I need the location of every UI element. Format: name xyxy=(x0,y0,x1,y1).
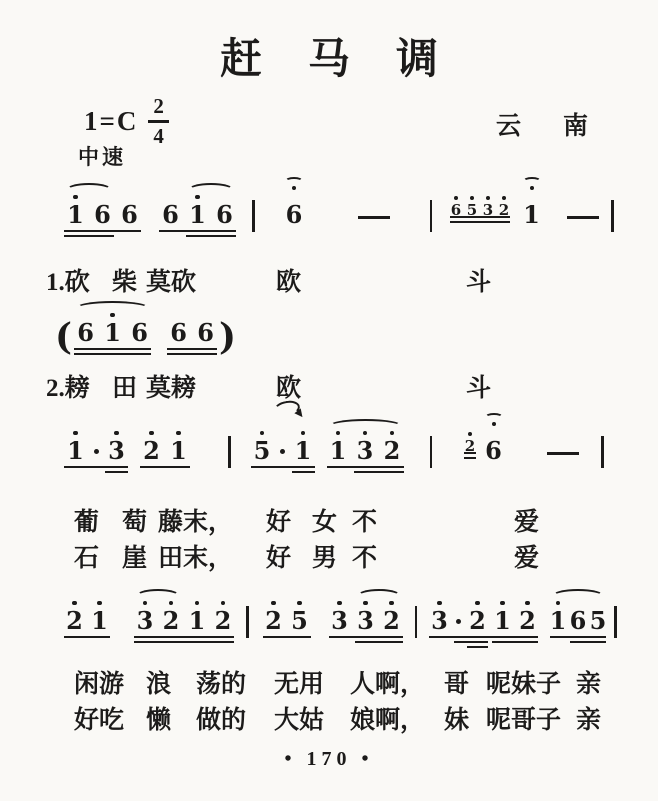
note: 1 xyxy=(290,428,317,464)
lyric-word: 不 xyxy=(352,538,377,574)
note: 3 xyxy=(103,428,130,464)
lyric-word: 不 xyxy=(352,502,377,538)
note-digit: 6 xyxy=(131,320,148,346)
beam xyxy=(64,466,128,469)
inserted-phrase-line: (61666) xyxy=(55,310,236,360)
barline xyxy=(611,200,614,232)
octave-dot-zone xyxy=(153,310,165,320)
slur-arc xyxy=(76,301,149,315)
note-group: 21 xyxy=(62,598,112,648)
note: 1 xyxy=(548,598,568,634)
beam xyxy=(454,641,488,644)
lyric-word: 浪 xyxy=(146,664,171,700)
lyric-word: 2.耪 xyxy=(46,368,90,404)
sheet-music-page: 赶马调 1=C 2 4 云南 中速 166616665321(61666)132… xyxy=(0,0,658,801)
lyric-word: 葡 xyxy=(74,502,99,538)
key-signature: 1=C 2 4 xyxy=(84,96,169,147)
note: 5 xyxy=(287,598,313,634)
note-digit: 6 xyxy=(197,320,214,346)
note: 1 xyxy=(99,310,126,346)
note-digit: 3 xyxy=(331,608,348,634)
beam xyxy=(429,636,538,639)
beam xyxy=(355,641,403,644)
beam xyxy=(105,471,128,474)
lyric-word: 做的 xyxy=(196,700,246,736)
beam xyxy=(74,348,151,351)
beam xyxy=(570,641,606,644)
note-digit: 1 xyxy=(189,202,206,228)
octave-dot xyxy=(336,431,341,436)
octave-dot xyxy=(525,601,530,606)
beam xyxy=(140,466,190,469)
note: 6 xyxy=(89,192,116,228)
note: 1 xyxy=(184,192,211,228)
note: 5 xyxy=(464,194,480,218)
note-digit: 5 xyxy=(254,438,271,464)
grace-note-group: 6532 xyxy=(448,194,512,228)
verse2-lyric-line-1: 2.耪田莫耪欧斗 xyxy=(0,368,658,398)
note: 3 xyxy=(427,598,452,634)
octave-dot xyxy=(73,431,78,436)
beam xyxy=(263,636,311,639)
octave-dot xyxy=(297,601,302,606)
note: 6 xyxy=(192,310,219,346)
barline xyxy=(614,606,617,638)
octave-dot xyxy=(475,601,480,606)
slur-arc xyxy=(329,419,402,433)
lyric-word: 1.砍 xyxy=(46,262,90,298)
lyric-word: 石 xyxy=(74,538,99,574)
octave-dot xyxy=(195,601,200,606)
slur-arc xyxy=(136,589,180,603)
note-digit xyxy=(276,438,290,464)
octave-dot xyxy=(221,601,226,606)
note-group: 165 xyxy=(548,598,608,648)
note-digit: 1 xyxy=(550,608,567,634)
note: 3 xyxy=(327,598,353,634)
note-digit: 1 xyxy=(67,438,84,464)
lyric-word: 莫耪 xyxy=(146,368,196,404)
verse1-lyric-line-2: 葡萄藤末，好女不爱 xyxy=(0,502,658,532)
lyric-word: 斗 xyxy=(466,368,491,404)
augmentation-dot xyxy=(89,428,103,464)
note: 1 xyxy=(325,428,352,464)
time-signature-denominator: 4 xyxy=(148,123,169,147)
beam xyxy=(251,466,315,469)
barline xyxy=(246,606,249,638)
octave-dot xyxy=(72,601,77,606)
note: 1 xyxy=(518,192,545,228)
lyric-word: 柴 xyxy=(112,262,137,298)
octave-dot xyxy=(337,601,342,606)
note: 6 xyxy=(448,194,464,218)
note-digit: 2 xyxy=(143,438,160,464)
portamento-arrow-icon xyxy=(274,401,306,421)
lyric-word: 亲 xyxy=(576,664,601,700)
note-digit: 2 xyxy=(469,608,486,634)
lyric-word: 欧 xyxy=(276,368,301,404)
note-digit: 1 xyxy=(67,202,84,228)
lyric-word: 藤末， xyxy=(158,502,233,538)
beam xyxy=(64,235,114,238)
note-group: 166 xyxy=(62,192,143,242)
lyric-word: 莫砍 xyxy=(146,262,196,298)
beam xyxy=(292,471,315,474)
note-digit: 6 xyxy=(121,202,138,228)
slur-arc xyxy=(552,589,604,603)
note: 6 xyxy=(568,598,588,634)
grace-note-group: 2 xyxy=(462,430,478,464)
lyric-word: 娘啊， xyxy=(350,700,425,736)
open-paren: ( xyxy=(55,320,72,354)
note-digit: 5 xyxy=(590,608,607,634)
time-signature-numerator: 2 xyxy=(148,96,169,123)
note-digit: 3 xyxy=(431,608,448,634)
note: 6 xyxy=(165,310,192,346)
note: 5 xyxy=(249,428,276,464)
note-group: 21 xyxy=(138,428,192,478)
beam xyxy=(134,636,234,639)
octave-dot xyxy=(500,601,505,606)
duration-dash xyxy=(567,216,599,220)
beam xyxy=(550,636,606,639)
note: 1 xyxy=(490,598,515,634)
note-digit: 1 xyxy=(91,608,108,634)
beam xyxy=(464,457,476,460)
note-digit: 2 xyxy=(265,608,282,634)
slur-arc xyxy=(66,183,112,197)
note-group: 6 xyxy=(281,192,308,242)
fermata-icon xyxy=(484,413,504,426)
octave-dot xyxy=(260,431,265,436)
octave-dot xyxy=(149,431,154,436)
octave-dot xyxy=(470,196,475,201)
octave-dot xyxy=(486,196,491,201)
lyric-word: 懒 xyxy=(146,700,171,736)
lyric-word: 闲游 xyxy=(74,664,124,700)
note-digit: 3 xyxy=(357,608,374,634)
note: 2 xyxy=(261,598,287,634)
octave-dot-zone xyxy=(452,598,465,608)
lyric-word: 爱 xyxy=(514,502,539,538)
octave-dot-zone xyxy=(89,428,103,438)
note: 3 xyxy=(352,428,379,464)
barline xyxy=(228,436,231,468)
verse2-lyric-line-3: 好吃懒做的大姑娘啊，妹呢哥子亲 xyxy=(0,700,658,730)
lyric-word: 妹 xyxy=(444,700,469,736)
page-number: • 170 • xyxy=(0,748,658,771)
octave-dot-zone xyxy=(276,428,290,438)
augmentation-dot xyxy=(276,428,290,464)
lyric-word: 崖 xyxy=(122,538,147,574)
verse2-lyric-line-2: 石崖田末，好男不爱 xyxy=(0,538,658,568)
note-digit: 6 xyxy=(77,320,94,346)
note: 5 xyxy=(588,598,608,634)
octave-dot xyxy=(97,601,102,606)
note-digit: 1 xyxy=(295,438,312,464)
beam xyxy=(64,230,141,233)
lyric-word: 斗 xyxy=(466,262,491,298)
note: 2 xyxy=(158,598,184,634)
lyric-word: 田末， xyxy=(158,538,233,574)
note: 3 xyxy=(132,598,158,634)
lyric-word: 亲 xyxy=(576,700,601,736)
barline xyxy=(252,200,255,232)
note-group: 332 xyxy=(327,598,405,648)
note-digit: 6 xyxy=(570,608,587,634)
note-digit: 2 xyxy=(384,438,401,464)
fermata-icon xyxy=(522,177,542,190)
note: 2 xyxy=(496,194,512,218)
lyric-word: 男 xyxy=(312,538,337,574)
lyric-word: 爱 xyxy=(514,538,539,574)
note-group: 132 xyxy=(325,428,406,478)
beam xyxy=(167,353,217,356)
beam xyxy=(467,646,488,649)
beam xyxy=(464,452,476,455)
octave-dot xyxy=(301,431,306,436)
note-group: 13 xyxy=(62,428,130,478)
note: 6 xyxy=(72,310,99,346)
note: 2 xyxy=(379,598,405,634)
note-digit: 3 xyxy=(137,608,154,634)
duration-dash xyxy=(358,216,390,220)
beam xyxy=(134,641,234,644)
spacer xyxy=(153,310,165,346)
note-digit: 2 xyxy=(383,608,400,634)
note-digit: 2 xyxy=(215,608,232,634)
note: 2 xyxy=(379,428,406,464)
verse1-lyric-line-1: 1.砍柴莫砍欧斗 xyxy=(0,262,658,292)
lyric-word: 好 xyxy=(266,538,291,574)
lyric-word: 哥 xyxy=(444,664,469,700)
slur-arc xyxy=(357,589,401,603)
lyric-word: 呢妹子 xyxy=(486,664,561,700)
note-digit: 1 xyxy=(104,320,121,346)
octave-dot xyxy=(114,431,119,436)
note: 6 xyxy=(126,310,153,346)
lyric-word: 好 xyxy=(266,502,291,538)
note-digit: 5 xyxy=(291,608,308,634)
beam xyxy=(159,230,236,233)
beam xyxy=(450,216,510,219)
note-digit: 1 xyxy=(170,438,187,464)
note-group: 1 xyxy=(518,192,545,242)
lyric-word: 萄 xyxy=(122,502,147,538)
note-digit: 6 xyxy=(485,438,502,464)
note-digit: 2 xyxy=(519,608,536,634)
lyric-word: 呢哥子 xyxy=(486,700,561,736)
note: 2 xyxy=(138,428,165,464)
barline xyxy=(430,436,433,468)
slur-arc xyxy=(188,183,234,197)
page-title: 赶马调 xyxy=(0,26,658,86)
beam xyxy=(329,636,403,639)
note: 1 xyxy=(184,598,210,634)
note-group: 25 xyxy=(261,598,313,648)
note-digit: 3 xyxy=(108,438,125,464)
note-group: 3212 xyxy=(132,598,236,648)
octave-dot xyxy=(437,601,442,606)
beam xyxy=(354,471,404,474)
note-digit: 6 xyxy=(286,202,303,228)
octave-dot xyxy=(468,432,473,437)
region-label: 云南 xyxy=(496,106,630,142)
note: 3 xyxy=(353,598,379,634)
lyric-word: 荡的 xyxy=(196,664,246,700)
note-digit: 6 xyxy=(216,202,233,228)
beam xyxy=(450,221,510,224)
note-digit xyxy=(89,438,103,464)
augmentation-dot xyxy=(452,598,465,634)
beam xyxy=(64,636,110,639)
octave-dot xyxy=(556,601,561,606)
note-group: 616 xyxy=(157,192,238,242)
beam xyxy=(492,641,538,644)
key-label: 1=C xyxy=(84,106,138,137)
note-group: 6 xyxy=(480,428,507,478)
lyric-word: 田 xyxy=(112,368,137,404)
octave-dot xyxy=(390,431,395,436)
music-line-2: 13215113226 xyxy=(62,428,604,478)
note-digit: 1 xyxy=(189,608,206,634)
note: 2 xyxy=(515,598,540,634)
note: 2 xyxy=(462,430,478,454)
note-digit: 1 xyxy=(494,608,511,634)
note-digit: 1 xyxy=(330,438,347,464)
note: 6 xyxy=(281,192,308,228)
beam xyxy=(186,235,236,238)
note-group: 51 xyxy=(249,428,317,478)
note: 6 xyxy=(211,192,238,228)
tempo-label: 中速 xyxy=(78,141,126,171)
octave-dot xyxy=(176,431,181,436)
barline xyxy=(415,606,418,638)
note-digit: 6 xyxy=(162,202,179,228)
octave-dot xyxy=(502,196,507,201)
barline xyxy=(601,436,604,468)
note: 6 xyxy=(480,428,507,464)
note-digit: 2 xyxy=(163,608,180,634)
fermata-icon xyxy=(284,177,304,190)
note: 3 xyxy=(480,194,496,218)
beam xyxy=(74,353,151,356)
note-digit: 2 xyxy=(66,608,83,634)
note: 2 xyxy=(465,598,490,634)
octave-dot xyxy=(454,196,459,201)
time-signature: 2 4 xyxy=(148,96,169,147)
note-digit xyxy=(452,608,465,634)
note: 6 xyxy=(116,192,143,228)
note: 2 xyxy=(210,598,236,634)
note-digit: 1 xyxy=(523,202,540,228)
lyric-word: 女 xyxy=(312,502,337,538)
note: 1 xyxy=(62,428,89,464)
octave-dot xyxy=(271,601,276,606)
note-group: 3212 xyxy=(427,598,540,648)
lyric-word: 欧 xyxy=(276,262,301,298)
note: 1 xyxy=(165,428,192,464)
note: 2 xyxy=(62,598,87,634)
lyric-word: 人啊， xyxy=(350,664,425,700)
note-group: (61666) xyxy=(55,310,236,360)
note-digit: 6 xyxy=(170,320,187,346)
note: 1 xyxy=(62,192,89,228)
lyric-word: 无用 xyxy=(274,664,324,700)
music-line-1: 166616665321 xyxy=(62,192,614,242)
note-digit: 6 xyxy=(94,202,111,228)
lyric-word: 好吃 xyxy=(74,700,124,736)
beam xyxy=(167,348,217,351)
beam xyxy=(327,466,404,469)
note: 6 xyxy=(157,192,184,228)
note: 1 xyxy=(87,598,112,634)
music-line-3: 213212253323212165 xyxy=(62,598,617,648)
note-digit: 3 xyxy=(357,438,374,464)
lyric-word: 大姑 xyxy=(274,700,324,736)
duration-dash xyxy=(547,452,579,456)
barline xyxy=(430,200,433,232)
verse1-lyric-line-3: 闲游浪荡的无用人啊，哥呢妹子亲 xyxy=(0,664,658,694)
close-paren: ) xyxy=(219,320,236,354)
